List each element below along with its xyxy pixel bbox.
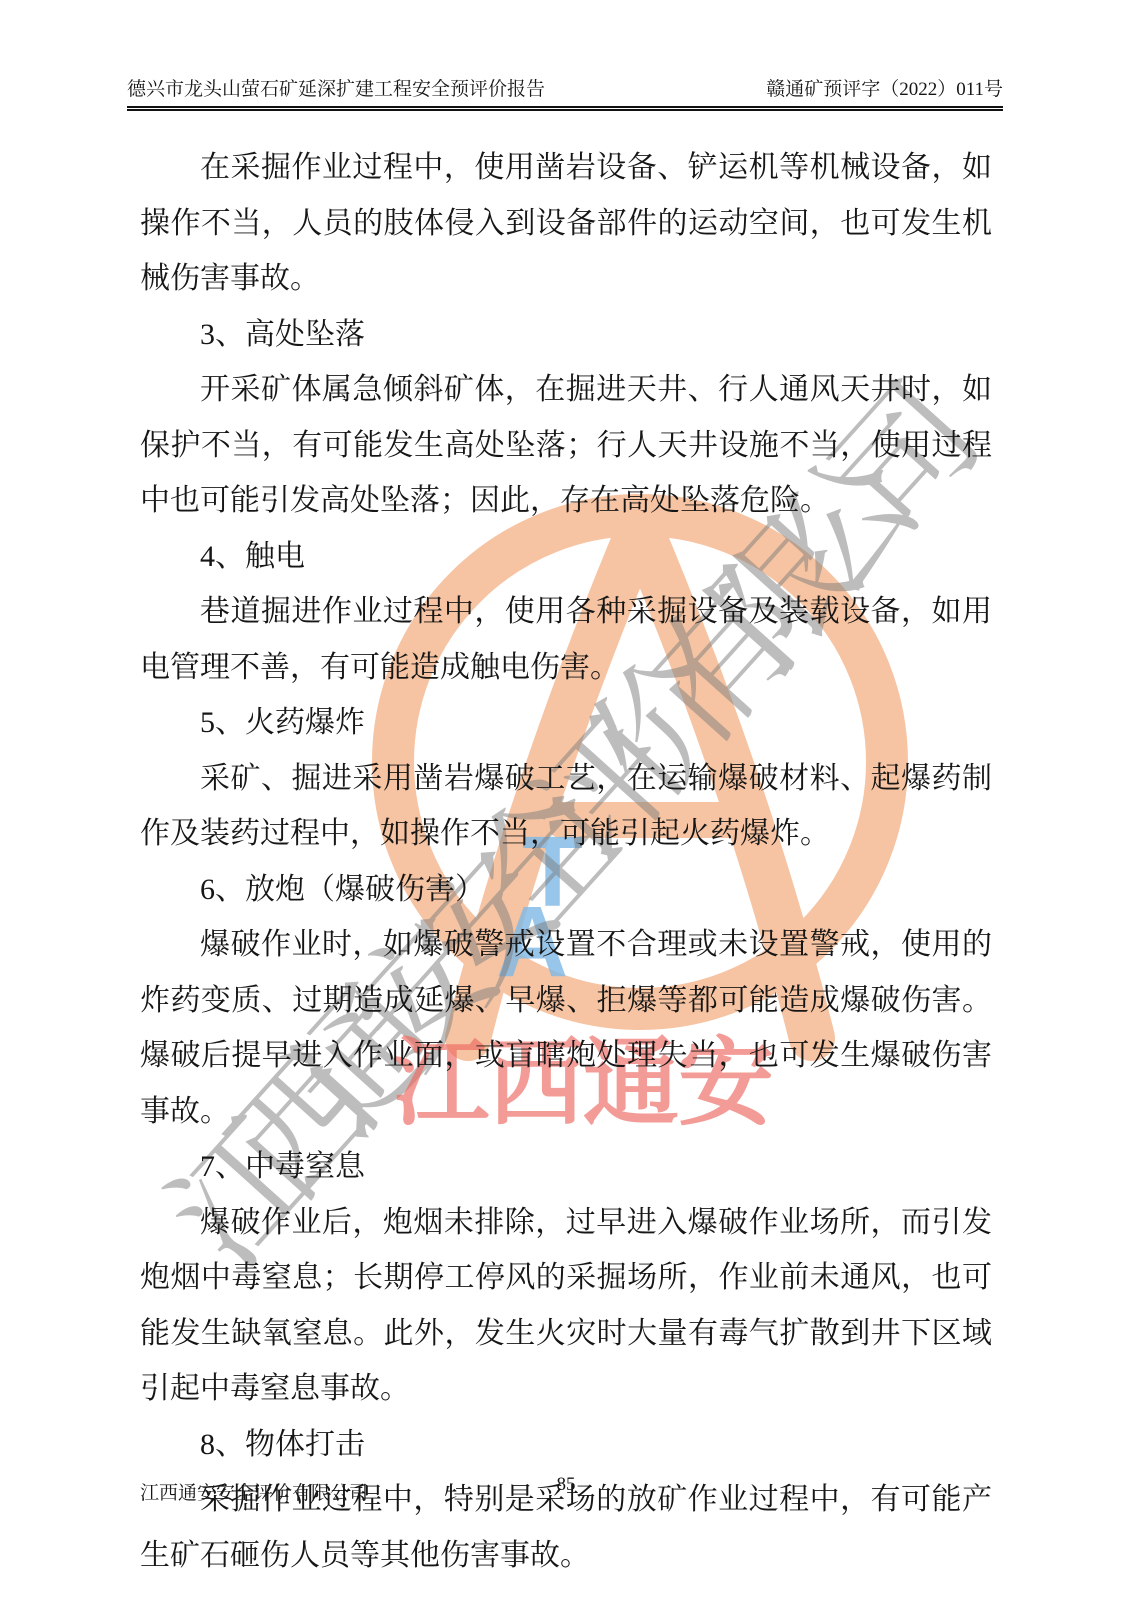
page-number: 85 [140,1474,992,1496]
heading-electric-shock: 4、触电 [140,529,992,585]
header-report-title: 德兴市龙头山萤石矿延深扩建工程安全预评价报告 [127,78,545,102]
heading-explosive-blast: 5、火药爆炸 [140,695,992,751]
header-rule [127,106,1003,111]
paragraph-mechanical-injury: 在采掘作业过程中，使用凿岩设备、铲运机等机械设备，如操作不当，人员的肢体侵入到设… [140,140,992,307]
paragraph-fall-from-height: 开采矿体属急倾斜矿体，在掘进天井、行人通风天井时，如保护不当，有可能发生高处坠落… [140,362,992,529]
header-document-number: 赣通矿预评字（2022）011号 [766,78,1003,102]
body-text: 在采掘作业过程中，使用凿岩设备、铲运机等机械设备，如操作不当，人员的肢体侵入到设… [140,140,992,1583]
heading-fall-from-height: 3、高处坠落 [140,307,992,363]
heading-poisoning-suffocation: 7、中毒窒息 [140,1139,992,1195]
paragraph-electric-shock: 巷道掘进作业过程中，使用各种采掘设备及装载设备，如用电管理不善，有可能造成触电伤… [140,584,992,695]
document-page: T A 江西通安安全评价有限公司 江西通安 德兴市龙头山萤石矿延深扩建工程安全预… [0,0,1131,1600]
heading-struck-by-object: 8、物体打击 [140,1417,992,1473]
paragraph-blasting-injury: 爆破作业时，如爆破警戒设置不合理或未设置警戒，使用的炸药变质、过期造成延爆、早爆… [140,917,992,1139]
page-header: 德兴市龙头山萤石矿延深扩建工程安全预评价报告 赣通矿预评字（2022）011号 [127,78,1003,102]
heading-blasting-injury: 6、放炮（爆破伤害） [140,862,992,918]
paragraph-poisoning-suffocation: 爆破作业后，炮烟未排除，过早进入爆破作业场所，而引发炮烟中毒窒息；长期停工停风的… [140,1195,992,1417]
paragraph-explosive-blast: 采矿、掘进采用凿岩爆破工艺，在运输爆破材料、起爆药制作及装药过程中，如操作不当，… [140,751,992,862]
